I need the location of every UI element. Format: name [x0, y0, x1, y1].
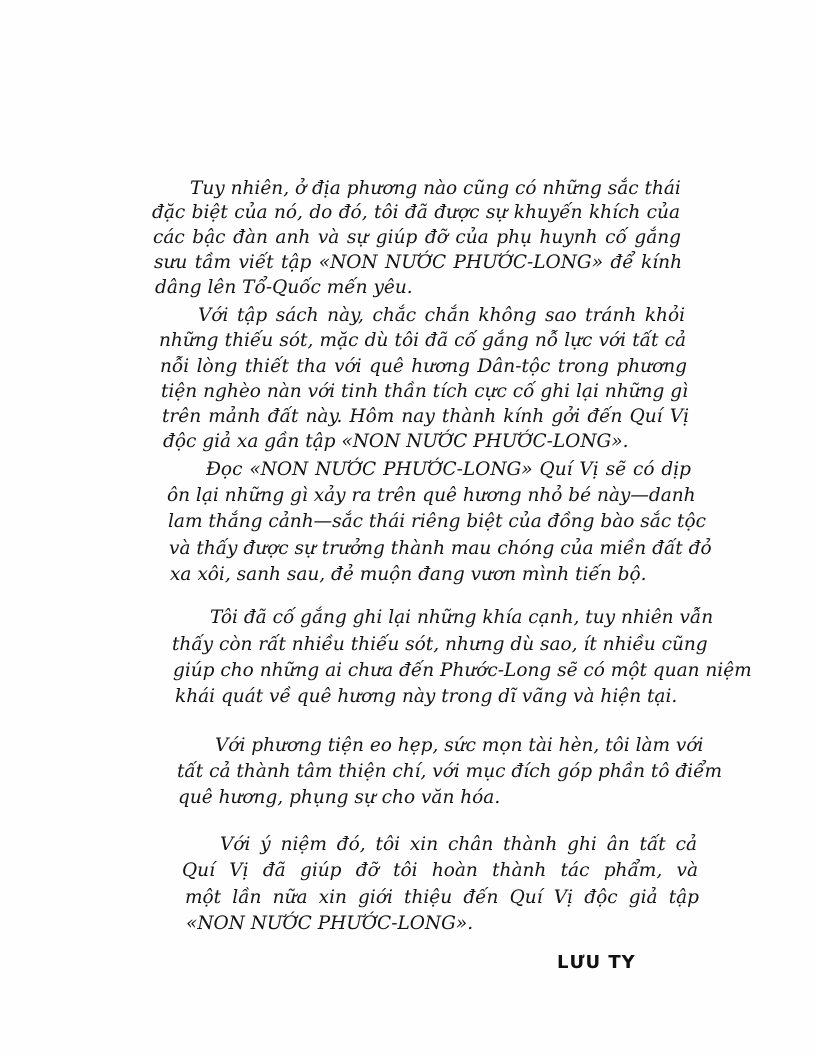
text-line: giúp cho những ai chưa đến Phước-Long sẽ… — [173, 662, 696, 681]
text-line: khái quát về quê hương này trong dĩ vãng… — [175, 688, 655, 707]
text-line: Đọc «NON NƯỚC PHƯỚC-LONG» Quí Vị sẽ có d… — [206, 461, 691, 480]
text-line: Tuy nhiên, ở địa phương nào cũng có nhữn… — [190, 180, 680, 199]
text-line: xa xôi, sanh sau, đẻ muộn đang vươn mình… — [170, 566, 600, 585]
text-line: lam thắng cảnh—sắc thái riêng biệt của đ… — [168, 513, 693, 532]
text-line: đặc biệt của nó, do đó, tôi đã được sự k… — [152, 204, 680, 223]
text-line: và thấy được sự trưởng thành mau chóng c… — [169, 540, 694, 559]
text-line: những thiếu sót, mặc dù tôi đã cố gắng n… — [159, 332, 686, 351]
text-line: Với phương tiện eo hẹp, sức mọn tài hèn,… — [215, 737, 695, 756]
text-line: độc giả xa gần tập «NON NƯỚC PHƯỚC-LONG»… — [163, 433, 603, 452]
text-line: Tôi đã cố gắng ghi lại những khía cạnh, … — [210, 609, 694, 628]
text-line: Với tập sách này, chắc chắn không sao tr… — [198, 307, 685, 326]
text-line: thấy còn rất nhiều thiếu sót, nhưng dù s… — [172, 636, 695, 655]
text-line: sưu tầm viết tập «NON NƯỚC PHƯỚC-LONG» đ… — [154, 254, 682, 273]
document-page: Tuy nhiên, ở địa phương nào cũng có nhữn… — [0, 0, 816, 1056]
text-line: ôn lại những gì xảy ra trên quê hương nh… — [167, 487, 692, 506]
text-line: Quí Vị đã giúp đỡ tôi hoàn thành tác phẩ… — [182, 862, 698, 881]
text-line: một lần nữa xin giới thiệu đến Quí Vị độ… — [185, 889, 699, 908]
text-line: trên mảnh đất này. Hôm nay thành kính gở… — [162, 408, 689, 427]
text-line: Với ý niệm đó, tôi xin chân thành ghi ân… — [220, 836, 697, 855]
text-line: nỗi lòng thiết tha với quê hương Dân-tộc… — [160, 358, 687, 377]
author-signature: LƯU TY — [557, 952, 636, 973]
text-line: «NON NƯỚC PHƯỚC-LONG». — [186, 915, 466, 934]
text-line: tất cả thành tâm thiện chí, với mục đích… — [177, 763, 697, 782]
text-line: quê hương, phụng sự cho văn hóa. — [178, 789, 458, 808]
text-line: tiện nghèo nàn với tinh thần tích cực cố… — [161, 383, 688, 402]
text-line: các bậc đàn anh và sự giúp đỡ của phụ hu… — [153, 229, 681, 248]
text-line: dâng lên Tổ-Quốc mến yêu. — [155, 279, 455, 298]
